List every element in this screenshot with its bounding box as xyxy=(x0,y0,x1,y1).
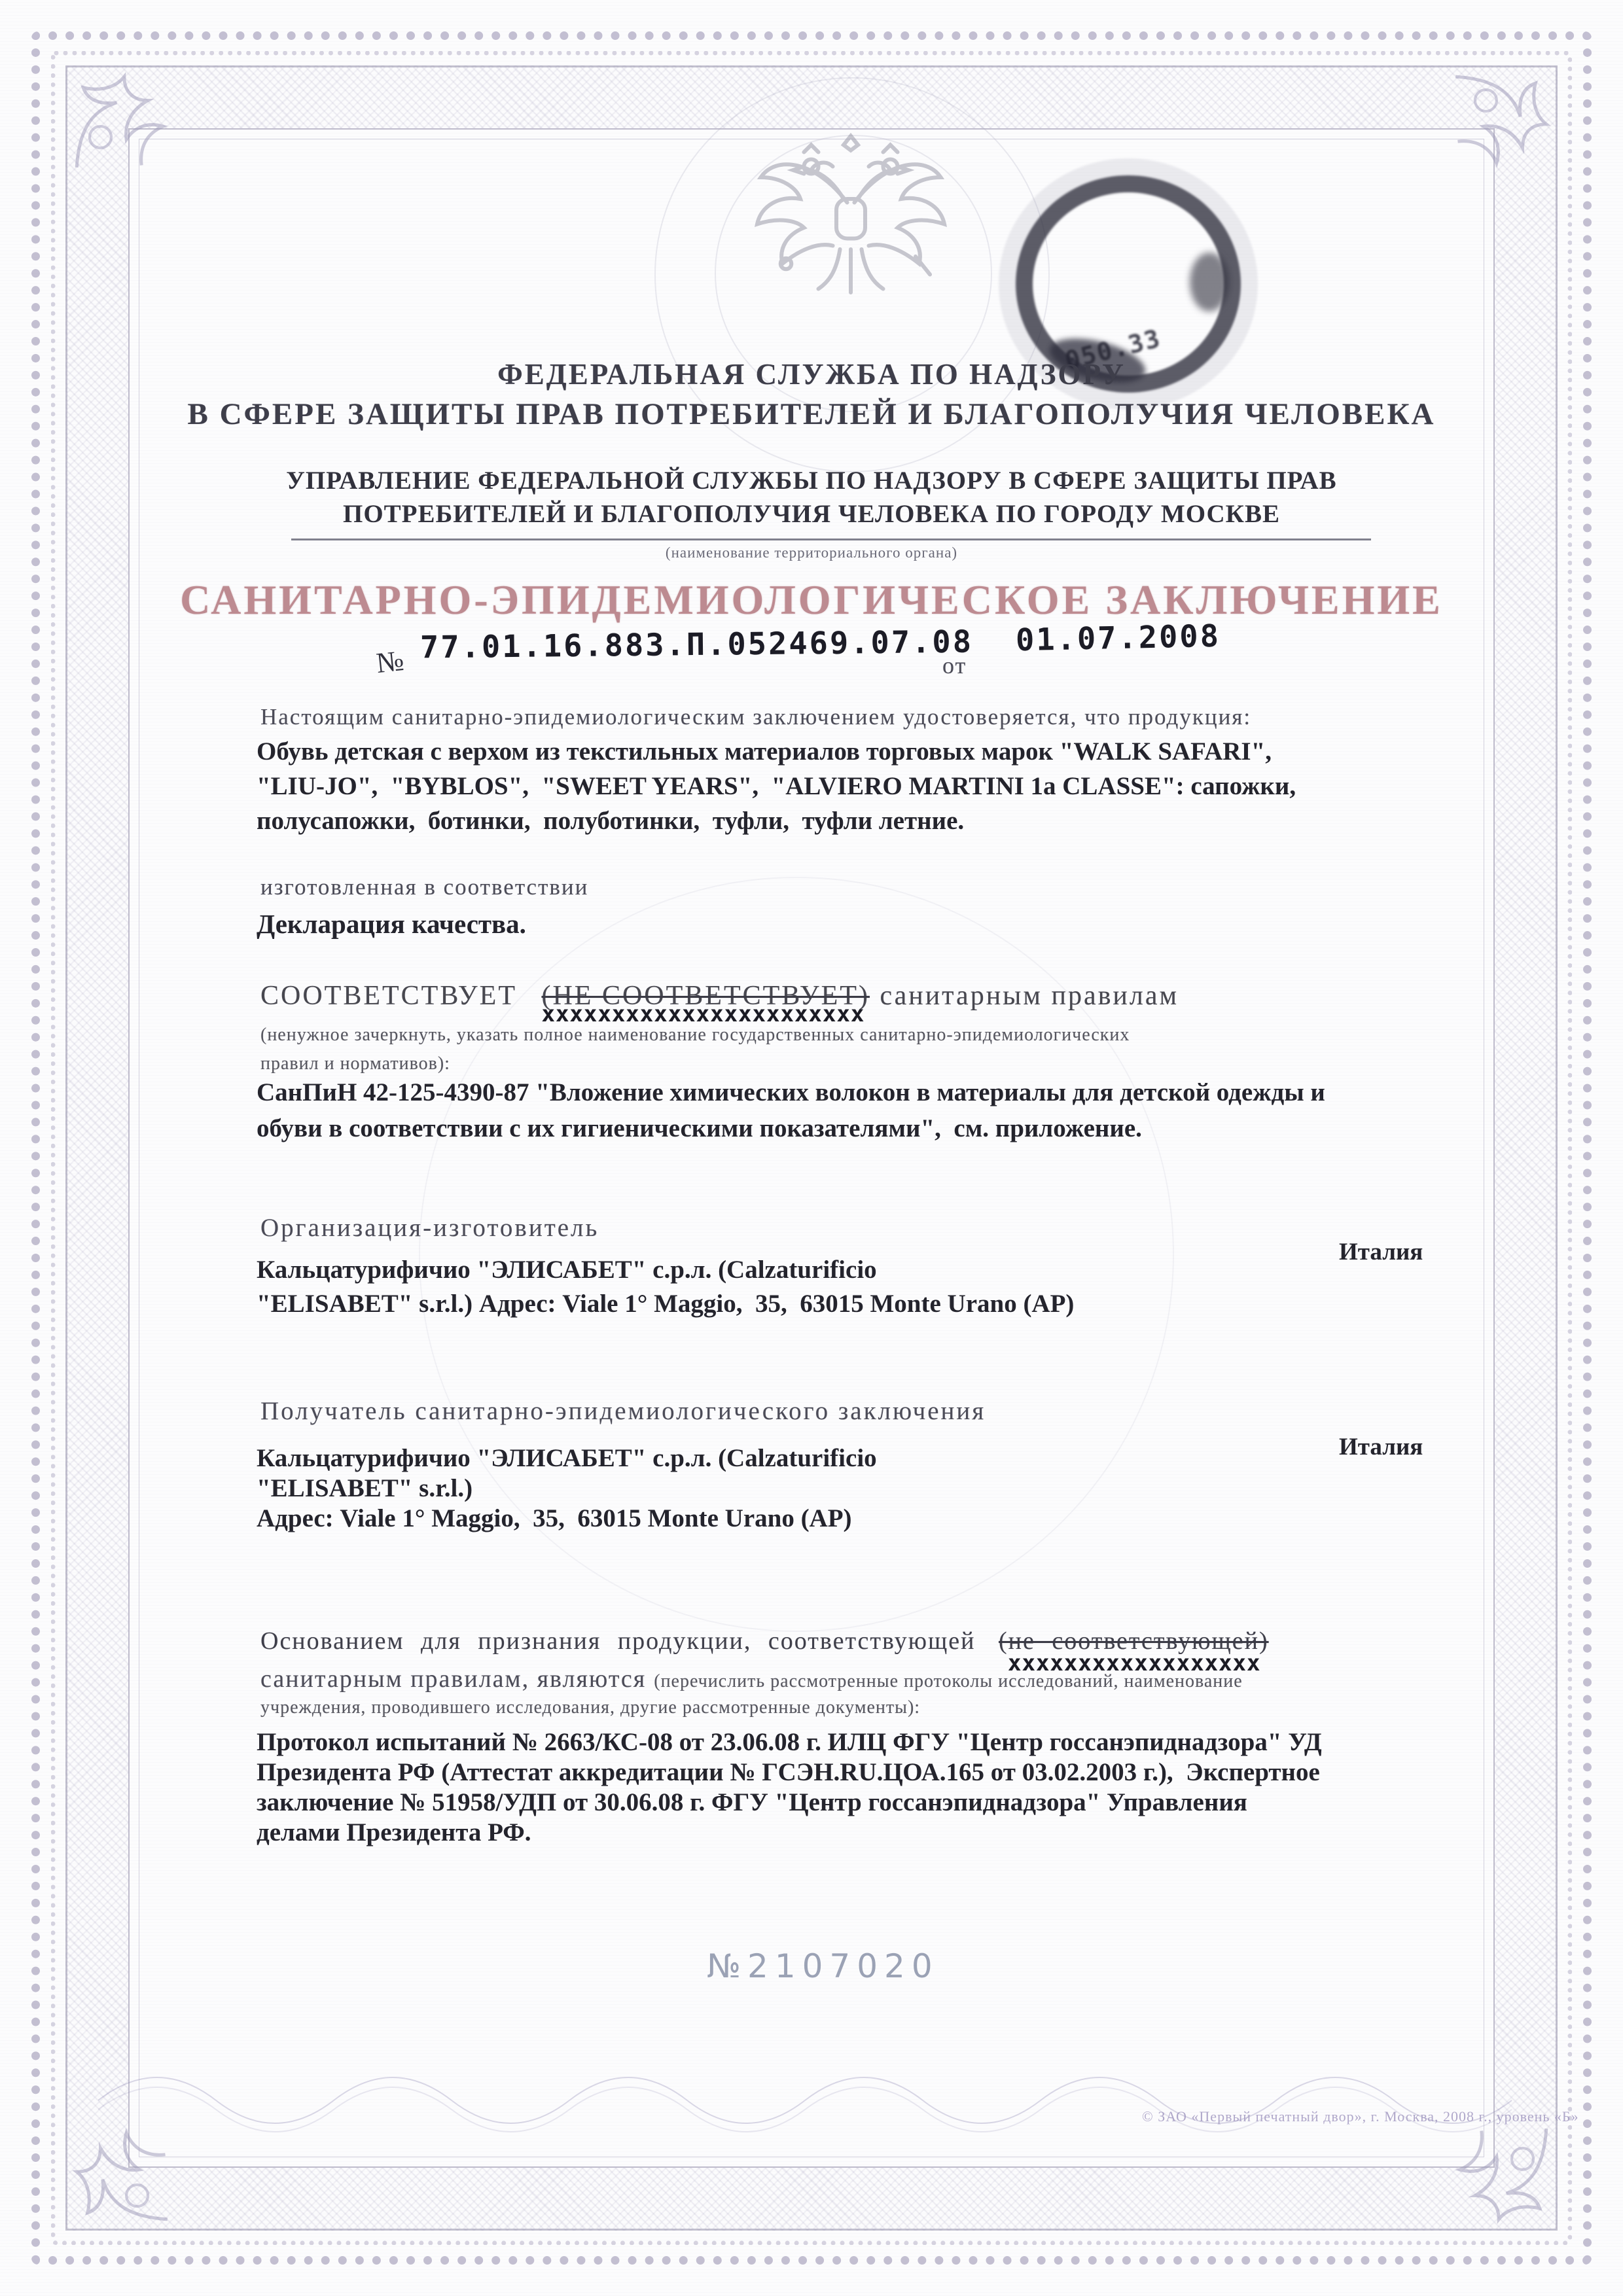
blank-serial-number: №2107020 xyxy=(707,1947,939,1985)
product-line: полусапожки, ботинки, полуботинки, туфли… xyxy=(257,804,1435,838)
compliance-caption-line2: правил и нормативов): xyxy=(260,1053,450,1074)
recipient-name-line2: "ELISABET" s.r.l.) xyxy=(257,1474,473,1503)
header-divider-line xyxy=(291,539,1371,540)
corner-ornament-icon xyxy=(68,2120,176,2228)
basis-struck: (не соответствующей) xxxxxxxxxxxxxxxxxx xyxy=(999,1627,1269,1655)
recipient-name-line1: Кальцатурифичио "ЭЛИСАБЕТ" с.р.л. (Calza… xyxy=(257,1443,877,1473)
document-title: САНИТАРНО-ЭПИДЕМИОЛОГИЧЕСКОЕ ЗАКЛЮЧЕНИЕ xyxy=(0,576,1623,624)
product-line: "LIU-JO", "BYBLOS", "SWEET YEARS", "ALVI… xyxy=(257,769,1435,804)
typed-strikeout-x: xxxxxxxxxxxxxxxxxxxxxxx xyxy=(541,1001,865,1027)
corner-ornament-icon xyxy=(1447,2120,1555,2228)
certificate-date: 01.07.2008 xyxy=(1015,618,1221,659)
department-caption: (наименование территориального органа) xyxy=(0,544,1623,561)
stamp-ink-blotch xyxy=(1190,253,1229,311)
complies-label: СООТВЕТСТВУЕТ xyxy=(260,981,517,1011)
intro-statement: Настоящим санитарно-эпидемиологическим з… xyxy=(260,704,1251,730)
manufacturer-label: Организация-изготовитель xyxy=(260,1213,599,1243)
sanpin-line: СанПиН 42-125-4390-87 "Вложение химическ… xyxy=(257,1074,1435,1110)
sanpin-reference: СанПиН 42-125-4390-87 "Вложение химическ… xyxy=(257,1074,1435,1146)
frame-inner-line xyxy=(139,139,1484,2157)
certificate-page: 050.33 ФЕДЕРАЛЬНАЯ СЛУЖБА ПО НАДЗОРУ В С… xyxy=(0,0,1623,2296)
department-name-line2: ПОТРЕБИТЕЛЕЙ И БЛАГОПОЛУЧИЯ ЧЕЛОВЕКА ПО … xyxy=(0,499,1623,529)
basis-caption-line1: (перечислить рассмотренные протоколы исс… xyxy=(654,1671,1242,1691)
ot-label: от xyxy=(942,652,967,679)
inner-paper-area xyxy=(128,128,1495,2168)
compliance-statement: СООТВЕТСТВУЕТ (НЕ СООТВЕТСТВУЕТ) xxxxxxx… xyxy=(260,980,1179,1012)
compliance-caption-line1: (ненужное зачеркнуть, указать полное наи… xyxy=(260,1025,1130,1046)
protocol-line: делами Президента РФ. xyxy=(257,1818,1448,1848)
corner-ornament-icon xyxy=(1447,68,1555,176)
corner-ornament-icon xyxy=(68,68,176,176)
manufacturer-name-line1: Кальцатурифичио "ЭЛИСАБЕТ" с.р.л. (Calza… xyxy=(257,1255,877,1284)
department-name-line1: УПРАВЛЕНИЕ ФЕДЕРАЛЬНОЙ СЛУЖБЫ ПО НАДЗОРУ… xyxy=(0,466,1623,495)
guilloche-wave-pattern xyxy=(98,2041,1525,2146)
certificate-number: 77.01.16.883.П.052469.07.08 xyxy=(420,624,974,666)
recipient-address: Адрес: Viale 1° Maggio, 35, 63015 Monte … xyxy=(257,1504,852,1533)
basis-statement-line1: Основанием для признания продукции, соот… xyxy=(260,1627,1269,1655)
printer-imprint: © ЗАО «Первый печатный двор», г. Москва,… xyxy=(1142,2108,1579,2125)
sanitary-rules-label: санитарным правилам xyxy=(880,981,1179,1011)
product-description: Обувь детская с верхом из текстильных ма… xyxy=(257,734,1435,838)
agency-name-line1: ФЕДЕРАЛЬНАЯ СЛУЖБА ПО НАДЗОРУ xyxy=(0,357,1623,391)
protocol-line: заключение № 51958/УДП от 30.06.08 г. ФГ… xyxy=(257,1788,1448,1818)
product-line: Обувь детская с верхом из текстильных ма… xyxy=(257,734,1435,769)
protocol-paragraph: Протокол испытаний № 2663/КС-08 от 23.06… xyxy=(257,1727,1448,1848)
sanpin-line: обуви в соответствии с их гигиеническими… xyxy=(257,1110,1435,1146)
basis-text: Основанием для признания продукции, соот… xyxy=(260,1627,976,1655)
number-sign: № xyxy=(374,644,405,680)
made-in-accordance-label: изготовленная в соответствии xyxy=(260,874,588,900)
recipient-label: Получатель санитарно-эпидемиологического… xyxy=(260,1396,986,1426)
agency-name-line2: В СФЕРЕ ЗАЩИТЫ ПРАВ ПОТРЕБИТЕЛЕЙ И БЛАГО… xyxy=(0,397,1623,432)
protocol-line: Протокол испытаний № 2663/КС-08 от 23.06… xyxy=(257,1727,1448,1757)
basis-caption-line2: учреждения, проводившего исследования, д… xyxy=(260,1697,920,1718)
protocol-line: Президента РФ (Аттестат аккредитации № Г… xyxy=(257,1757,1448,1788)
basis-rules-label: санитарным правилам, являются xyxy=(260,1665,646,1693)
manufacturer-name-line2: "ELISABET" s.r.l.) Адрес: Viale 1° Maggi… xyxy=(257,1289,1074,1318)
recipient-country: Италия xyxy=(1339,1433,1423,1461)
manufacturer-country: Италия xyxy=(1339,1238,1423,1266)
quality-declaration: Декларация качества. xyxy=(257,908,526,940)
basis-statement-line2: санитарным правилам, являются (перечисли… xyxy=(260,1665,1243,1693)
not-complies-struck: (НЕ СООТВЕТСТВУЕТ) xxxxxxxxxxxxxxxxxxxxx… xyxy=(541,980,869,1012)
russia-coat-of-arms-icon xyxy=(743,128,959,316)
